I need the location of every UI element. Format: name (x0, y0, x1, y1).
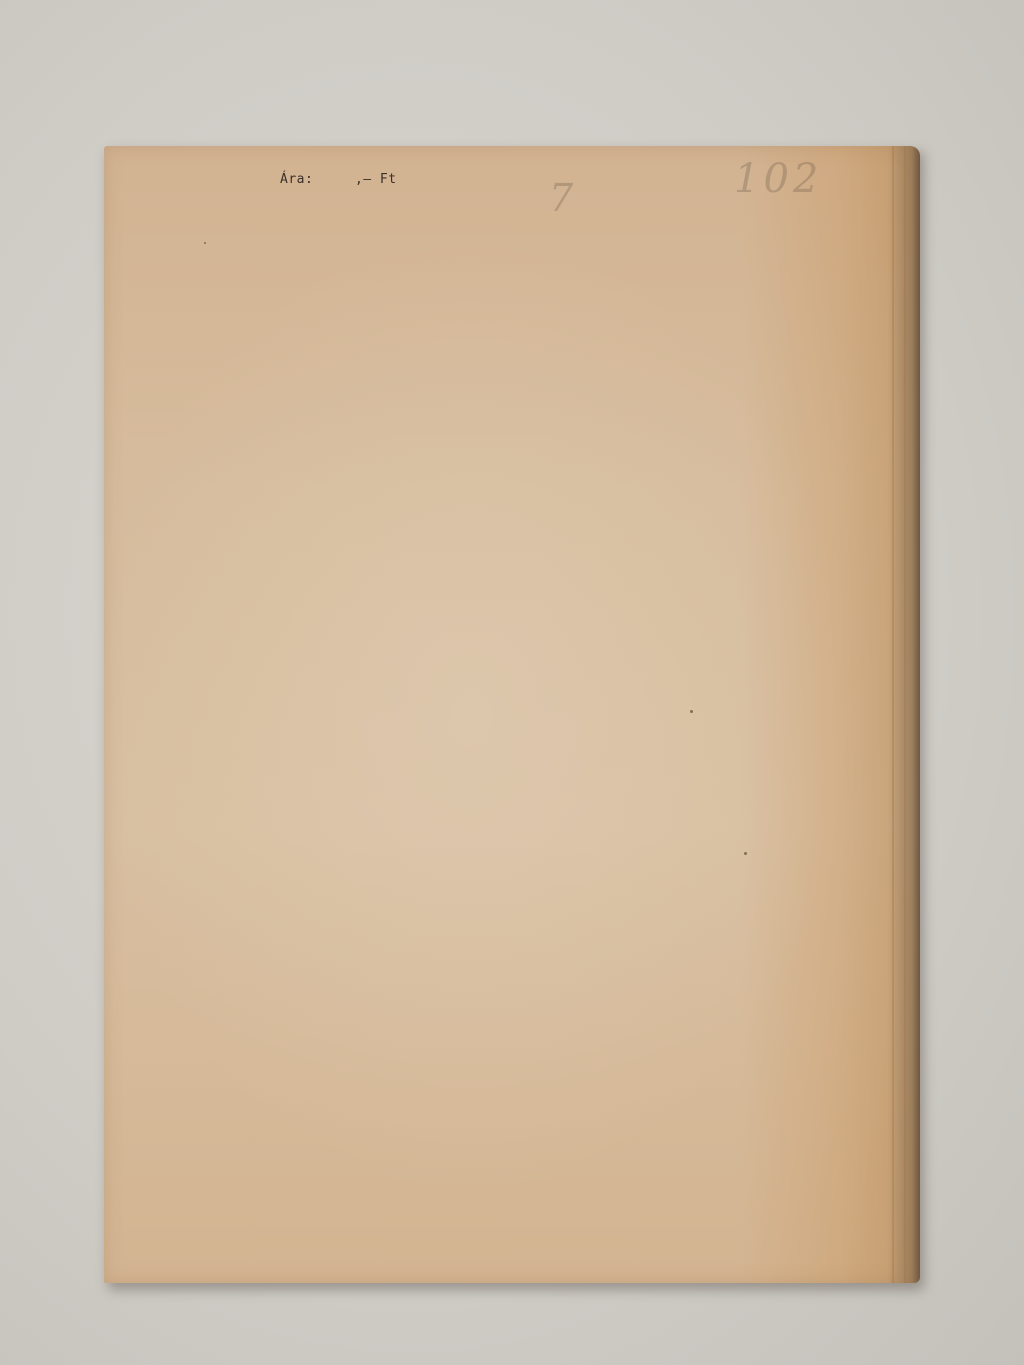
pencil-mark: 7 (549, 176, 573, 220)
paper-speck (690, 710, 693, 713)
price-line: Ára: ,— Ft (280, 172, 397, 187)
paper-speck (744, 852, 747, 855)
price-label: Ára: (280, 172, 313, 187)
back-cover-page: Ára: ,— Ft 7 102 (104, 146, 920, 1283)
pencil-mark: 102 (734, 156, 822, 202)
spine-fold-line (892, 146, 894, 1283)
price-value: ,— Ft (355, 172, 397, 187)
paper-speck (204, 242, 206, 244)
spine-fold-line (904, 146, 906, 1283)
